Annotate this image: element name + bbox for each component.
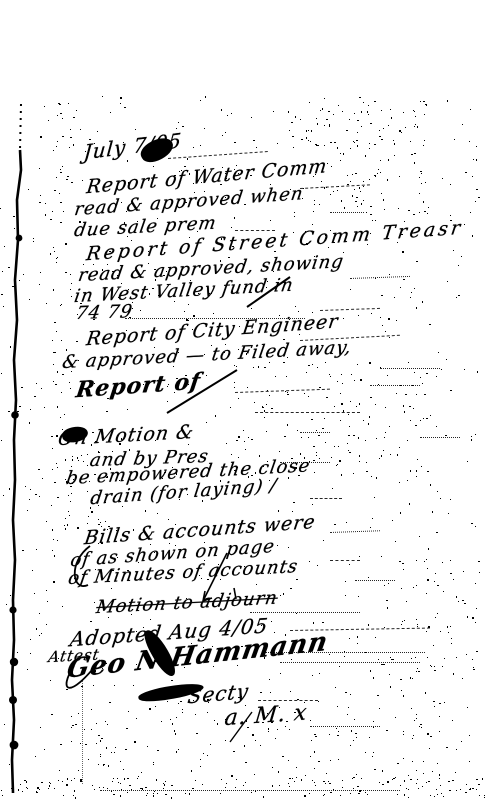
dash-fill	[168, 151, 268, 159]
handwriting-line-amount: 74 79	[74, 301, 134, 324]
initials: a. M. x	[223, 700, 308, 731]
dash-fill	[255, 412, 360, 413]
handwriting-line-report-of-struck: Report of	[74, 368, 202, 403]
dot-fill	[250, 612, 360, 613]
crease-dotted-line	[82, 680, 83, 784]
dash-fill	[320, 308, 380, 311]
dot-fill	[355, 580, 395, 581]
dash-fill	[310, 498, 342, 499]
dot-fill	[330, 212, 364, 213]
dot-fill	[310, 726, 380, 727]
dot-fill	[330, 530, 380, 533]
dash-fill	[235, 230, 275, 231]
dash-fill	[330, 560, 360, 561]
torn-edge-line	[12, 150, 21, 793]
dot-fill	[420, 437, 460, 438]
dot-fill	[280, 462, 330, 463]
dot-fill	[370, 385, 420, 386]
scanned-page: July 7/05 Report of Water Comm read & ap…	[0, 0, 486, 800]
dot-fill	[350, 276, 410, 279]
dot-fill	[265, 652, 425, 653]
dash-fill	[258, 700, 318, 701]
dash-fill	[235, 389, 330, 393]
dash-fill	[300, 184, 370, 189]
dot-fill	[125, 318, 305, 319]
dot-fill	[280, 662, 420, 663]
dot-fill	[300, 432, 330, 433]
dot-fill	[100, 790, 400, 791]
dot-fill	[380, 368, 440, 369]
